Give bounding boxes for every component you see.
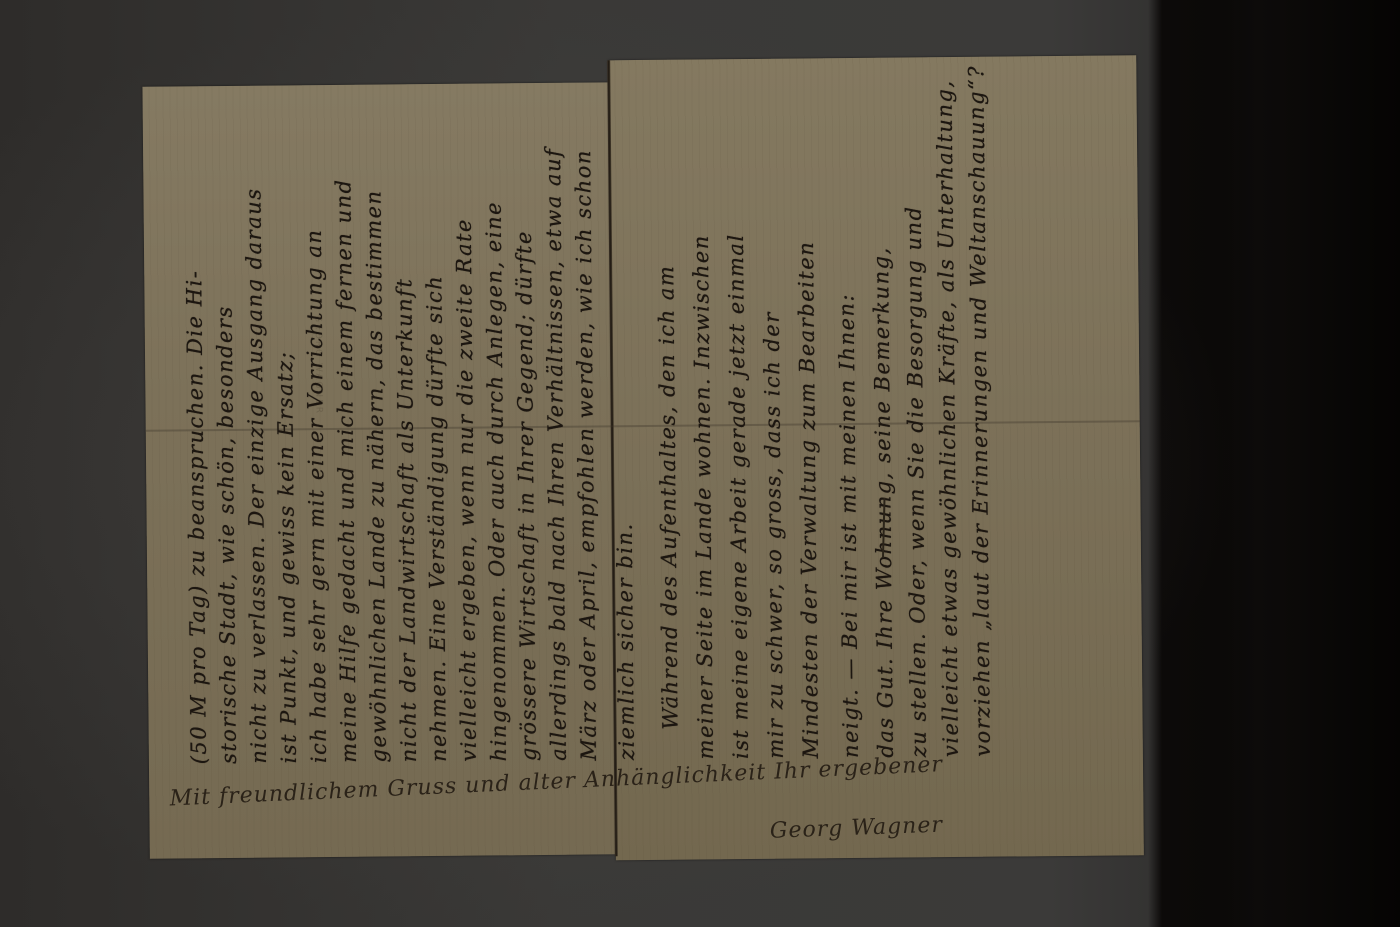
handwritten-line: ich habe sehr gern mit einer Vorrichtung… — [302, 229, 331, 764]
handwritten-line: grössere Wirtschaft in Ihrer Gegend; dür… — [512, 230, 541, 761]
handwritten-line: ist meine eigene Arbeit gerade jetzt ein… — [724, 233, 753, 759]
handwritten-line: neigt. — Bei mir ist mit meinen Ihnen: — [834, 293, 862, 758]
handwritten-line: nehmen. Eine Verständigung dürfte sich — [422, 275, 451, 762]
handwritten-line: storische Stadt, wie schön, besonders — [213, 305, 241, 764]
letter-sheet: GEORG WAGNER (50 M pro Tag) zu beanspruc… — [142, 35, 1144, 875]
handwritten-line: meiner Seite im Lande wohnen. Inzwischen — [689, 234, 718, 759]
handwritten-line: ist Punkt, und gewiss kein Ersatz; — [273, 351, 301, 764]
handwritten-line: nicht der Landwirtschaft als Unterkunft — [392, 278, 421, 763]
handwritten-line: Während des Aufenthaltes, den ich am — [654, 265, 682, 730]
handwritten-line: Mindesten der Verwaltung zum Bearbeiten — [794, 241, 823, 759]
right-shadow-area — [1222, 0, 1400, 927]
handwritten-line: mir zu schwer, so gross, dass ich der — [760, 311, 788, 759]
handwritten-line: (50 M pro Tag) zu beanspruchen. Die Hi- — [182, 270, 211, 765]
handwritten-line: ziemlich sicher bin. — [613, 522, 639, 760]
